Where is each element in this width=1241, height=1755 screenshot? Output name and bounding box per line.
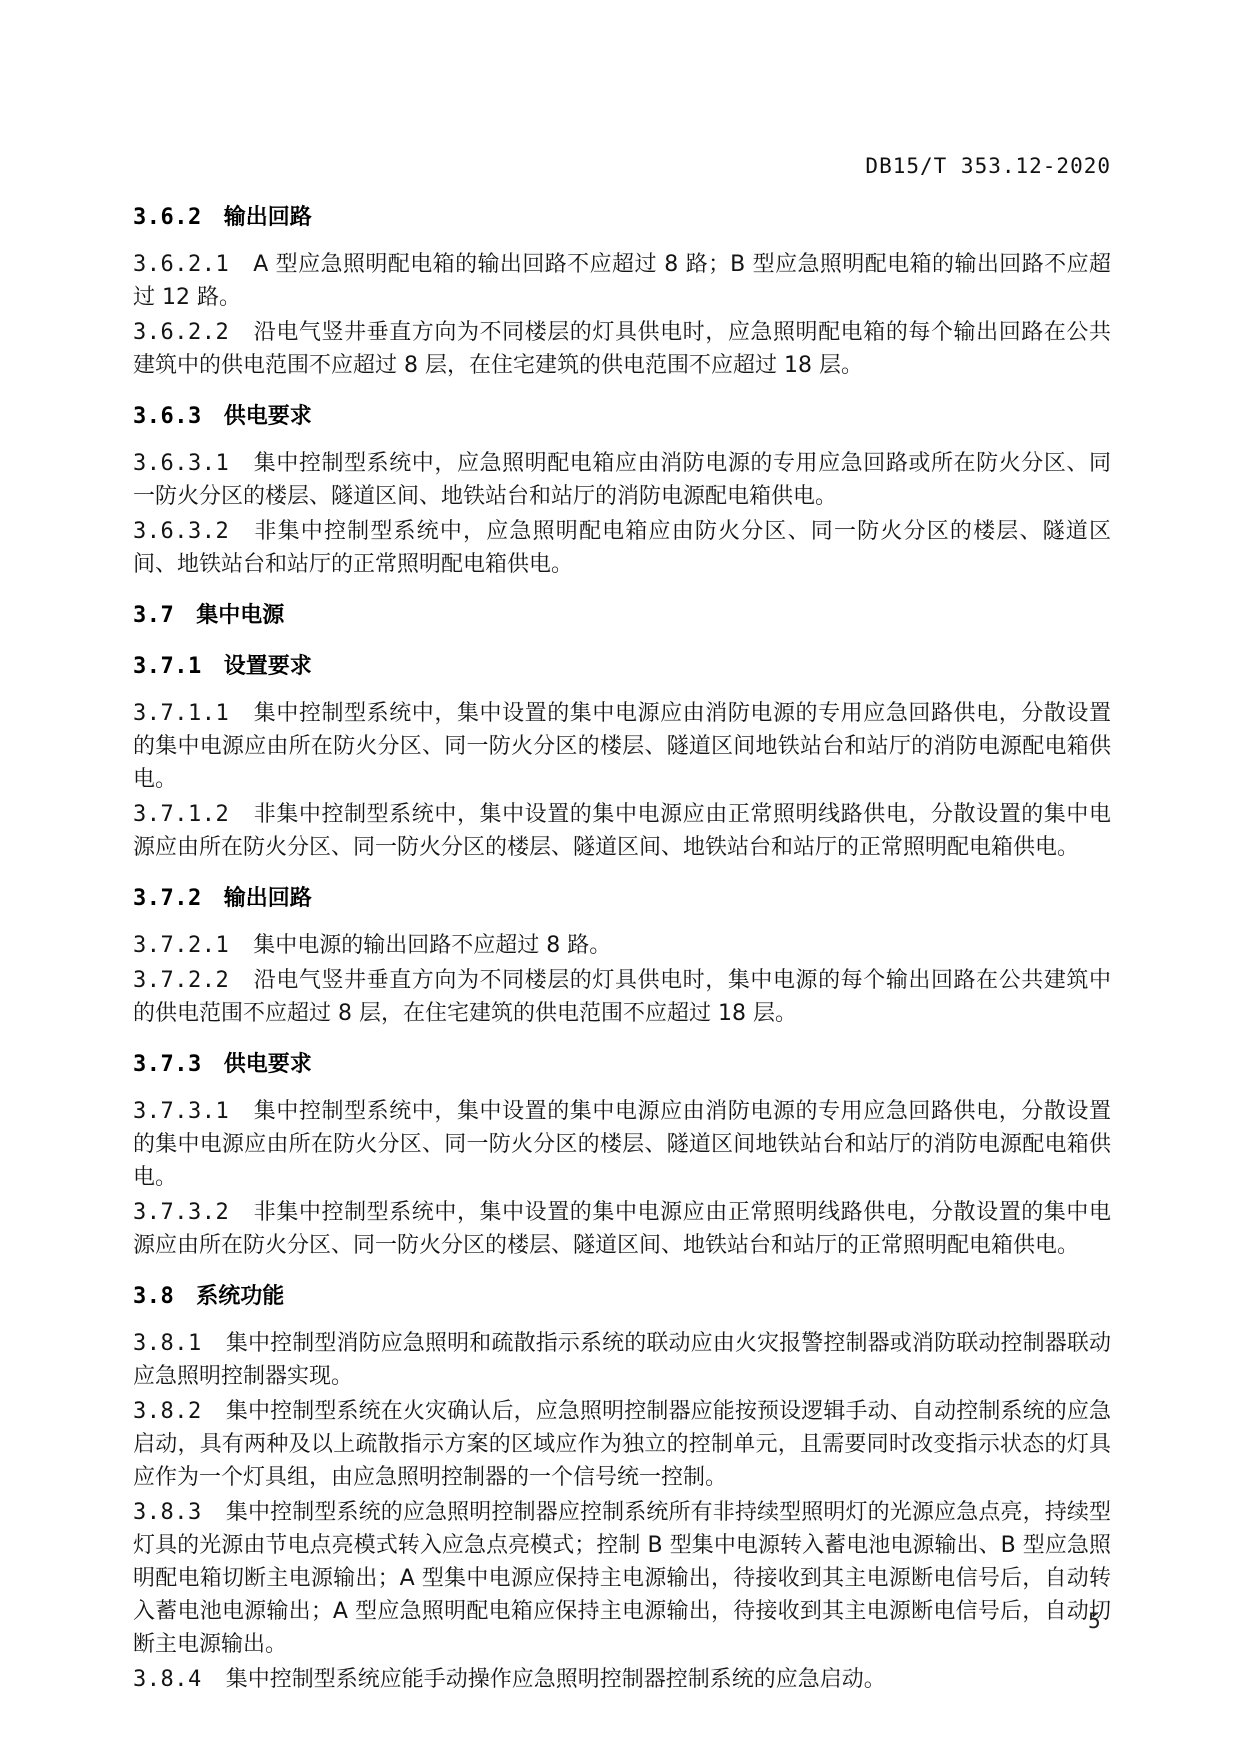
clause-text: 集中控制型系统应能手动操作应急照明控制器控制系统的应急启动。	[226, 1667, 886, 1692]
section-number: 3.6.2	[133, 205, 224, 230]
clause-number: 3.7.3.2	[133, 1200, 253, 1225]
clause-paragraph: 3.8.3集中控制型系统的应急照明控制器应控制系统所有非持续型照明灯的光源应急点…	[133, 1496, 1111, 1661]
clause-paragraph: 3.6.3.2非集中控制型系统中，应急照明配电箱应由防火分区、同一防火分区的楼层…	[133, 515, 1111, 581]
clause-number: 3.6.3.1	[133, 451, 253, 476]
clause-text: 沿电气竖井垂直方向为不同楼层的灯具供电时，应急照明配电箱的每个输出回路在公共建筑…	[133, 320, 1111, 378]
clause-number: 3.8.2	[133, 1399, 226, 1424]
clause-text: 集中控制型系统的应急照明控制器应控制系统所有非持续型照明灯的光源应急点亮，持续型…	[133, 1500, 1111, 1657]
clause-text: 集中控制型系统中，集中设置的集中电源应由消防电源的专用应急回路供电，分散设置的集…	[133, 701, 1111, 792]
clause-paragraph: 3.6.2.1A 型应急照明配电箱的输出回路不应超过 8 路；B 型应急照明配电…	[133, 248, 1111, 314]
clause-paragraph: 3.8.2集中控制型系统在火灾确认后，应急照明控制器应能按预设逻辑手动、自动控制…	[133, 1395, 1111, 1494]
clause-text: 非集中控制型系统中，集中设置的集中电源应由正常照明线路供电，分散设置的集中电源应…	[133, 1200, 1111, 1258]
section-number: 3.7.2	[133, 886, 224, 911]
clause-paragraph: 3.7.3.1集中控制型系统中，集中设置的集中电源应由消防电源的专用应急回路供电…	[133, 1095, 1111, 1194]
section-number: 3.6.3	[133, 404, 224, 429]
section-title: 设置要求	[224, 654, 312, 679]
clause-paragraph: 3.8.4集中控制型系统应能手动操作应急照明控制器控制系统的应急启动。	[133, 1663, 1111, 1696]
document-code-header: DB15/T 353.12-2020	[133, 150, 1111, 183]
clause-text: 集中控制型系统中，应急照明配电箱应由消防电源的专用应急回路或所在防火分区、同一防…	[133, 451, 1111, 509]
clause-paragraph: 3.7.2.1集中电源的输出回路不应超过 8 路。	[133, 929, 1111, 962]
section-number: 3.7.1	[133, 654, 224, 679]
clause-text: 非集中控制型系统中，集中设置的集中电源应由正常照明线路供电，分散设置的集中电源应…	[133, 802, 1111, 860]
section-title: 集中电源	[196, 603, 284, 628]
section-number: 3.7.3	[133, 1052, 224, 1077]
clause-paragraph: 3.6.2.2沿电气竖井垂直方向为不同楼层的灯具供电时，应急照明配电箱的每个输出…	[133, 316, 1111, 382]
clause-number: 3.8.1	[133, 1331, 226, 1356]
clause-number: 3.6.2.2	[133, 320, 253, 345]
section-number: 3.7	[133, 603, 196, 628]
clause-number: 3.6.2.1	[133, 252, 253, 277]
section-heading: 3.7集中电源	[133, 599, 1111, 632]
clause-text: 非集中控制型系统中，应急照明配电箱应由防火分区、同一防火分区的楼层、隧道区间、地…	[133, 519, 1111, 577]
section-title: 供电要求	[224, 1052, 312, 1077]
clause-paragraph: 3.7.3.2非集中控制型系统中，集中设置的集中电源应由正常照明线路供电，分散设…	[133, 1196, 1111, 1262]
clause-text: 集中控制型消防应急照明和疏散指示系统的联动应由火灾报警控制器或消防联动控制器联动…	[133, 1331, 1111, 1389]
section-title: 供电要求	[224, 404, 312, 429]
clause-text: 沿电气竖井垂直方向为不同楼层的灯具供电时，集中电源的每个输出回路在公共建筑中的供…	[133, 968, 1111, 1026]
section-heading: 3.6.2输出回路	[133, 201, 1111, 234]
clause-text: 集中电源的输出回路不应超过 8 路。	[253, 933, 611, 958]
document-page: DB15/T 353.12-2020 3.6.2输出回路 3.6.2.1A 型应…	[0, 0, 1241, 1755]
clause-number: 3.7.1.2	[133, 802, 253, 827]
clause-paragraph: 3.8.1集中控制型消防应急照明和疏散指示系统的联动应由火灾报警控制器或消防联动…	[133, 1327, 1111, 1393]
section-heading: 3.8系统功能	[133, 1280, 1111, 1313]
section-heading: 3.6.3供电要求	[133, 400, 1111, 433]
clause-number: 3.7.2.1	[133, 933, 253, 958]
section-heading: 3.7.3供电要求	[133, 1048, 1111, 1081]
section-title: 输出回路	[224, 205, 312, 230]
document-body: DB15/T 353.12-2020 3.6.2输出回路 3.6.2.1A 型应…	[133, 150, 1111, 1698]
page-number: 5	[1088, 1608, 1101, 1634]
section-title: 输出回路	[224, 886, 312, 911]
clause-paragraph: 3.7.1.1集中控制型系统中，集中设置的集中电源应由消防电源的专用应急回路供电…	[133, 697, 1111, 796]
clause-text: A 型应急照明配电箱的输出回路不应超过 8 路；B 型应急照明配电箱的输出回路不…	[133, 252, 1111, 310]
section-heading: 3.7.1设置要求	[133, 650, 1111, 683]
clause-paragraph: 3.7.1.2非集中控制型系统中，集中设置的集中电源应由正常照明线路供电，分散设…	[133, 798, 1111, 864]
clause-text: 集中控制型系统中，集中设置的集中电源应由消防电源的专用应急回路供电，分散设置的集…	[133, 1099, 1111, 1190]
section-heading: 3.7.2输出回路	[133, 882, 1111, 915]
clause-number: 3.7.3.1	[133, 1099, 253, 1124]
clause-number: 3.8.4	[133, 1667, 226, 1692]
section-number: 3.8	[133, 1284, 196, 1309]
clause-paragraph: 3.6.3.1集中控制型系统中，应急照明配电箱应由消防电源的专用应急回路或所在防…	[133, 447, 1111, 513]
clause-paragraph: 3.7.2.2沿电气竖井垂直方向为不同楼层的灯具供电时，集中电源的每个输出回路在…	[133, 964, 1111, 1030]
clause-number: 3.6.3.2	[133, 519, 253, 544]
section-title: 系统功能	[196, 1284, 284, 1309]
clause-text: 集中控制型系统在火灾确认后，应急照明控制器应能按预设逻辑手动、自动控制系统的应急…	[133, 1399, 1111, 1490]
clause-number: 3.7.2.2	[133, 968, 253, 993]
clause-number: 3.8.3	[133, 1500, 226, 1525]
clause-number: 3.7.1.1	[133, 701, 253, 726]
